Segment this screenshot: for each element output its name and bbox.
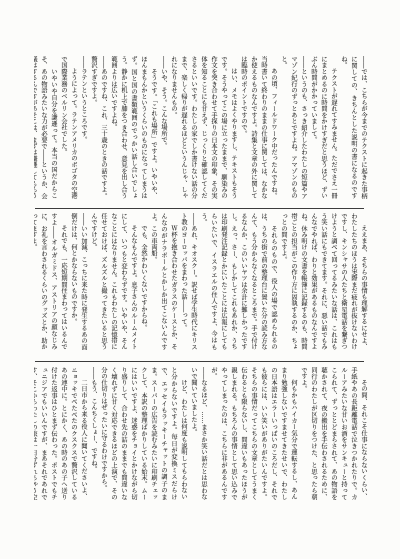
text-band-middle: ええまあ、そちらの事情も理解するにせよ、わたしたちのほうは実際まだ疲れが抜けない… — [34, 213, 368, 350]
interviewee-answer: Ｗ杯を抱き合わせたガラスのケースとか、そんなのがナラボールとかしか出てこないんで… — [148, 213, 178, 350]
interviewee-answer: テクストが遅れてすみません。ただでさえ一冊にまとめるのに時間をかけすぎだと思うほ… — [308, 56, 338, 199]
interviewee-answer: ようによって。ラテンアメリカのボゴタの空港で国際業務のベルリン会社でした。 — [58, 56, 78, 199]
interviewee-answer: でも、全然かわいくないですからね。 — [138, 213, 148, 350]
interviewee-answer: それでも、一応短期間住まわってはいるんですよ――オルガミドス、アストリアの顔なじ… — [34, 213, 68, 350]
interviewee-answer: 二日市から来る役人に聞いてくださいよ、ニョッキでべたべたのクスクスで贅沢している… — [34, 367, 88, 500]
interviewee-answer: あの頃、フィールドワーク中だったんですね。当時書いて終わりのままの仕事に関しては… — [238, 56, 278, 199]
interviewee-answer: いやいや自分を謙遜って。本当の国だからこそ、あの物語みたいな力が必要で――という… — [34, 56, 58, 199]
interviewer-question: ――もう、こんちくしょー、ですね。 — [88, 367, 98, 500]
separator-line-bottom — [35, 361, 364, 362]
separator-line-top — [35, 208, 364, 209]
interviewee-answer: そんなもんですよ。息子さんのルームメイトにして、いつもと変わらずです。いやいや、… — [88, 213, 138, 350]
interviewee-answer: ええまあ、そちらの事情も理解するにせよ、わたしたちのほうは実際まだ疲れが抜けない… — [278, 213, 368, 350]
interviewer-question: ――というのも、さっき紹介したわたしの短篇やアマゾン紀行のずっとあとですよね。ア… — [278, 56, 308, 199]
interviewer-question: ――では、こちらが今までのテクストに起きた事柄に関しての、きちんとした説明の書に… — [338, 56, 368, 199]
interviewer-question: ――あのですね、これ、三十歳のときの話ですよ。贅沢すぎですよ。 — [88, 56, 108, 199]
interviewer-question: ――ラテンというところです。 — [78, 56, 88, 199]
scanned-book-page: ――では、こちらが今までのテクストに起きた事柄に関しての、きちんとした説明の書に… — [0, 0, 400, 559]
interviewee-answer: 何もかもハイカー気分で運転するし、あんまり勉強しないですませてきたせいで、わたし… — [208, 367, 298, 500]
text-band-bottom: その間、それこそ仕事にならないくらい、手紙やあの長距離電話で泣きつかれたりで。カ… — [34, 367, 368, 500]
interviewer-question: ――いい加減、こっちに来た時に発生するあの面倒だけは、何とかならないものですか。 — [68, 213, 88, 350]
interviewee-answer: はい、メモはよくやりますし、テキストもそうです。そうやってこの場に立ったままで、… — [168, 56, 238, 199]
interviewer-question: ――なるほど、……まさか笑い話だとは思わないで聞いていましたよ。 — [188, 367, 208, 500]
interviewee-answer: そうです。「これも場所」ですよ。いやいや、ほんまもんかというくらいのものになって… — [108, 56, 158, 199]
interviewee-answer: けど、わたしは何度も説明してもらわないと分からないですよ。毎日が変換ミスだらけで… — [98, 367, 188, 500]
interviewer-question: ――いや、そう。こんな場所で。 — [158, 56, 168, 199]
interviewee-answer: その間、それこそ仕事にならないくらい、手紙やあの長距離電話で泣きつかれたりで。カ… — [298, 367, 368, 500]
text-band-top: ――では、こちらが今までのテクストに起きた事柄に関しての、きちんとした説明の書に… — [34, 56, 368, 199]
interviewer-question: ――あれ、キオスクー。訳せば学生時代にキリスト教のヨーロッパをまわった話――って… — [178, 213, 198, 350]
interviewee-answer: それらのもので、役人の場で認められるのは、うちの街で前の整理台に置いた分の読み方… — [198, 213, 278, 350]
